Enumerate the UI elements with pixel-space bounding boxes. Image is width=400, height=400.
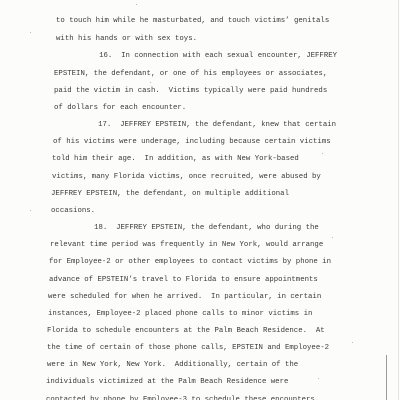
text-line-2: with his hands or with sex toys. bbox=[56, 35, 197, 44]
document-page: to touch him while he masturbated, and t… bbox=[0, 0, 400, 400]
text-line-21: were in New York, New York. Additionally… bbox=[47, 361, 298, 370]
text-line-15: for Employee-2 or other employees to con… bbox=[49, 258, 331, 267]
paragraph-16-first-line: 16. In connection with each sexual encou… bbox=[55, 52, 337, 61]
paragraph-17-first-line: 17. JEFFREY EPSTEIN, the defendant, knew… bbox=[54, 121, 336, 130]
text-line-1: to touch him while he masturbated, and t… bbox=[56, 17, 329, 26]
scan-speck bbox=[155, 394, 156, 395]
text-line-4: EPSTEIN, the defendant, or one of his em… bbox=[54, 70, 327, 79]
scan-speck bbox=[136, 4, 137, 5]
text-line-18: instances, Employee-2 placed phone calls… bbox=[48, 310, 312, 319]
text-line-12: occasions. bbox=[51, 207, 95, 216]
scan-speck bbox=[352, 342, 353, 343]
paragraph-18-first-line: 18. JEFFREY EPSTEIN, the defendant, who … bbox=[50, 224, 319, 233]
scan-edge-line bbox=[398, 0, 399, 400]
scan-speck bbox=[150, 82, 151, 83]
scan-speck bbox=[322, 153, 323, 154]
text-line-20: the time of certain of those phone calls… bbox=[47, 344, 329, 353]
text-line-5: paid the victim in cash. Victims typical… bbox=[54, 87, 327, 96]
scan-speck bbox=[30, 210, 31, 211]
text-line-16: advance of EPSTEIN’s travel to Florida t… bbox=[49, 276, 318, 285]
text-line-22: individuals victimized at the Palm Beach… bbox=[46, 378, 288, 387]
text-line-19: Florida to schedule encounters at the Pa… bbox=[47, 327, 325, 336]
text-line-8: of his victims were underage, including … bbox=[53, 138, 331, 147]
scan-speck bbox=[30, 32, 31, 33]
text-line-11: JEFFREY EPSTEIN, the defendant, on multi… bbox=[51, 190, 289, 199]
text-line-23: contacted by phone by Employee-3 to sche… bbox=[46, 396, 319, 400]
text-line-9: told him their age. In addition, as with… bbox=[52, 155, 299, 164]
text-line-10: victims, many Florida victims, once recr… bbox=[52, 173, 321, 182]
scan-edge-mark bbox=[386, 355, 387, 400]
text-line-17: were scheduled for when he arrived. In p… bbox=[48, 293, 321, 302]
scan-speck bbox=[318, 378, 319, 379]
scan-speck bbox=[332, 237, 333, 238]
text-line-14: relevant time period was frequently in N… bbox=[50, 241, 323, 250]
text-line-6: of dollars for each encounter. bbox=[54, 104, 186, 113]
